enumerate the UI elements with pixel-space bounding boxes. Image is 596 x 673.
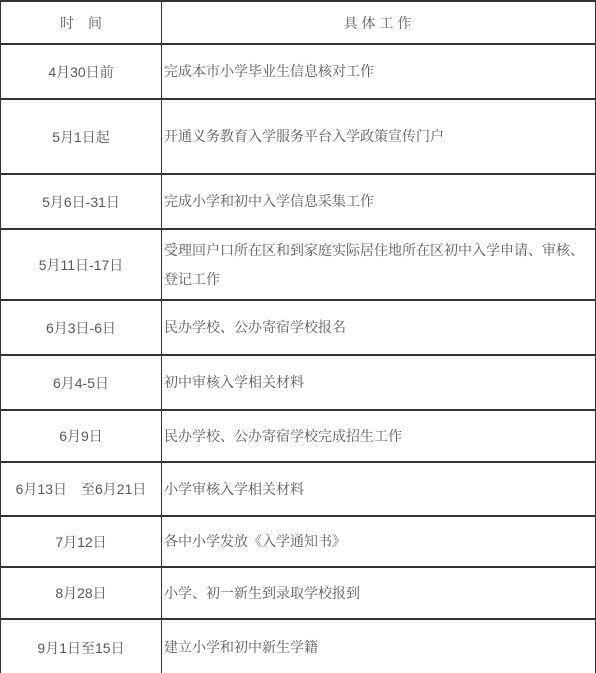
- work-cell: 完成小学和初中入学信息采集工作: [162, 175, 595, 228]
- table-row: 6月4-5日 初中审核入学相关材料: [1, 356, 595, 411]
- schedule-table: 时 间 具 体 工 作 4月30日前 完成本市小学毕业生信息核对工作 5月1日起…: [0, 0, 596, 673]
- time-cell: 4月30日前: [1, 45, 162, 98]
- time-cell: 6月3日-6日: [1, 301, 162, 354]
- work-cell: 受理回户口所在区和到家庭实际居住地所在区初中入学申请、审核、登记工作: [162, 230, 595, 299]
- header-time-cell: 时 间: [1, 2, 162, 43]
- time-cell: 9月1日至15日: [1, 620, 162, 673]
- table-row: 5月6日-31日 完成小学和初中入学信息采集工作: [1, 175, 595, 230]
- work-cell: 小学、初一新生到录取学校报到: [162, 568, 595, 618]
- work-cell: 开通义务教育入学服务平台入学政策宣传门户: [162, 100, 595, 173]
- time-cell: 6月4-5日: [1, 356, 162, 409]
- work-cell: 各中小学发放《入学通知书》: [162, 517, 595, 566]
- time-cell: 8月28日: [1, 568, 162, 618]
- work-cell: 初中审核入学相关材料: [162, 356, 595, 409]
- work-cell: 建立小学和初中新生学籍: [162, 620, 595, 673]
- work-cell: 完成本市小学毕业生信息核对工作: [162, 45, 595, 98]
- table-row: 7月12日 各中小学发放《入学通知书》: [1, 517, 595, 568]
- table-row: 6月9日 民办学校、公办寄宿学校完成招生工作: [1, 411, 595, 463]
- table-row: 5月1日起 开通义务教育入学服务平台入学政策宣传门户: [1, 100, 595, 175]
- time-cell: 7月12日: [1, 517, 162, 566]
- header-work-cell: 具 体 工 作: [162, 2, 595, 43]
- work-cell: 小学审核入学相关材料: [162, 463, 595, 515]
- table-row: 6月13日 至6月21日 小学审核入学相关材料: [1, 463, 595, 517]
- time-cell: 6月13日 至6月21日: [1, 463, 162, 515]
- time-cell: 5月6日-31日: [1, 175, 162, 228]
- work-cell: 民办学校、公办寄宿学校完成招生工作: [162, 411, 595, 461]
- table-row: 6月3日-6日 民办学校、公办寄宿学校报名: [1, 301, 595, 356]
- table-row: 5月11日-17日 受理回户口所在区和到家庭实际居住地所在区初中入学申请、审核、…: [1, 230, 595, 301]
- table-row: 4月30日前 完成本市小学毕业生信息核对工作: [1, 45, 595, 100]
- time-cell: 6月9日: [1, 411, 162, 461]
- time-cell: 5月11日-17日: [1, 230, 162, 299]
- table-row: 9月1日至15日 建立小学和初中新生学籍: [1, 620, 595, 673]
- table-row: 8月28日 小学、初一新生到录取学校报到: [1, 568, 595, 620]
- time-cell: 5月1日起: [1, 100, 162, 173]
- work-cell: 民办学校、公办寄宿学校报名: [162, 301, 595, 354]
- table-header-row: 时 间 具 体 工 作: [1, 2, 595, 45]
